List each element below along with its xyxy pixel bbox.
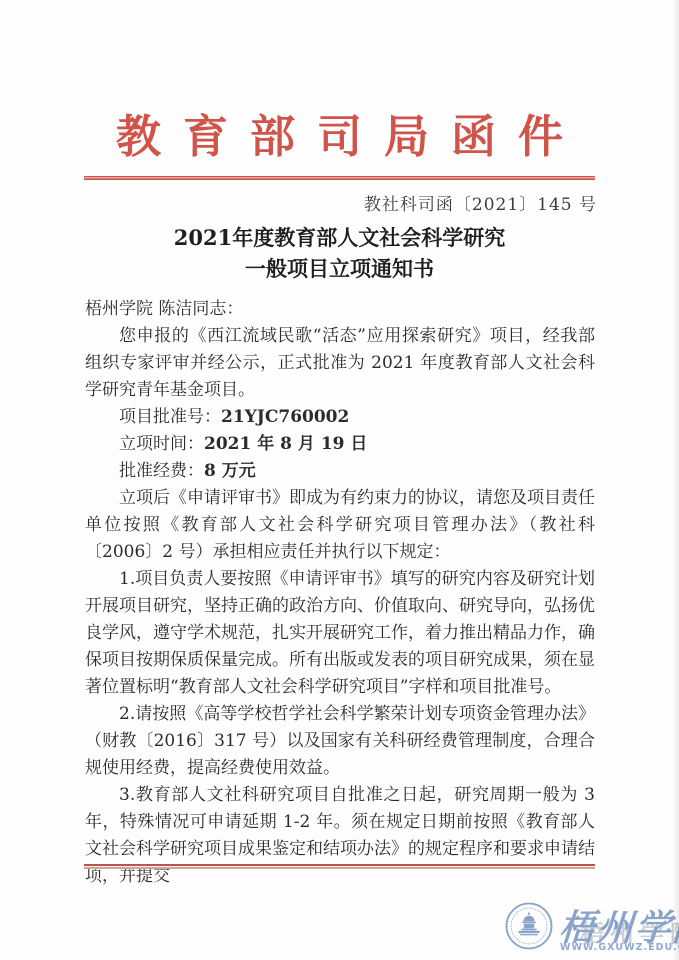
paragraph-rule-3: 3.教育部人文社科研究项目自批准之日起，研究周期一般为 3 年，特殊情况可申请延… bbox=[85, 782, 595, 890]
field-approval-date-label: 立项时间： bbox=[119, 434, 204, 454]
document-number: 教社科司函〔2021〕145 号 bbox=[364, 190, 597, 215]
university-name-watermark: 梧州学院 bbox=[557, 900, 679, 951]
letterhead-red-rule bbox=[84, 176, 595, 180]
field-approval-date-value: 2021 年 8 月 19 日 bbox=[204, 434, 367, 454]
letterhead-title: 教育部司局函件 bbox=[0, 100, 679, 165]
notice-title-line1: 2021年度教育部人文社会科学研究 bbox=[0, 222, 679, 253]
letter-body: 梧州学院 陈洁同志： 您申报的《西江流域民歌“活态”应用探索研究》项目，经我部组… bbox=[85, 296, 595, 890]
field-approved-funding-label: 批准经费： bbox=[119, 461, 204, 481]
field-approval-number: 项目批准号：21YJC760002 bbox=[85, 404, 595, 431]
field-approved-funding-value: 8 万元 bbox=[204, 461, 256, 481]
paragraph-intro: 您申报的《西江流域民歌“活态”应用探索研究》项目，经我部组织专家评审并经公示，正… bbox=[85, 323, 595, 404]
salutation: 梧州学院 陈洁同志： bbox=[85, 296, 595, 323]
university-seal-icon bbox=[504, 901, 554, 951]
paragraph-rule-2: 2.请按照《高等学校哲学社会科学繁荣计划专项资金管理办法》（财教〔2016〕31… bbox=[85, 701, 595, 782]
university-watermark: 梧州学院 梧州学院 WWW.GXUWZ.EDU.CN bbox=[502, 898, 679, 956]
field-approval-number-value: 21YJC760002 bbox=[221, 407, 349, 427]
paragraph-agreement: 立项后《申请评审书》即成为有约束力的协议，请您及项目责任单位按照《教育部人文社会… bbox=[85, 485, 595, 566]
field-approval-date: 立项时间：2021 年 8 月 19 日 bbox=[85, 431, 595, 458]
notice-title-line2: 一般项目立项通知书 bbox=[0, 253, 679, 284]
paragraph-rule-1: 1.项目负责人要按照《申请评审书》填写的研究内容及研究计划开展项目研究，坚持正确… bbox=[85, 566, 595, 701]
field-approved-funding: 批准经费：8 万元 bbox=[85, 458, 595, 485]
footer-red-rule bbox=[84, 864, 595, 869]
university-website-watermark: WWW.GXUWZ.EDU.CN bbox=[560, 942, 679, 953]
field-approval-number-label: 项目批准号： bbox=[119, 407, 221, 427]
university-name-gray-watermark: 梧州学院 bbox=[580, 914, 679, 949]
scanned-official-letter: 教育部司局函件 教社科司函〔2021〕145 号 2021年度教育部人文社会科学… bbox=[0, 0, 679, 960]
notice-title: 2021年度教育部人文社会科学研究 一般项目立项通知书 bbox=[0, 222, 679, 284]
letterhead-title-text: 教育部司局函件 bbox=[116, 110, 585, 163]
